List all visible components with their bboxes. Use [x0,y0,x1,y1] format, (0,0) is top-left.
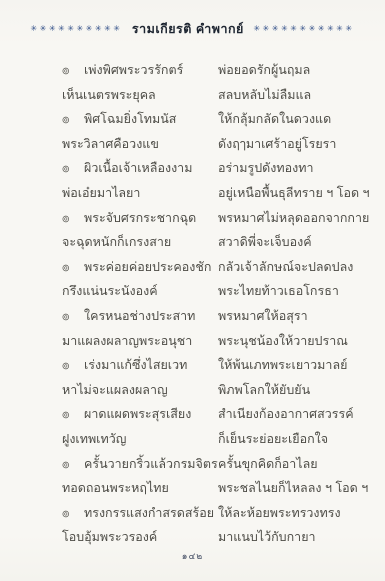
verse-row: พระวิลาศคือวงแขดังฤๅมาเศร้าอยู่โรยรา [62,132,377,157]
stanza-marker: ๏ [62,58,84,83]
ornament-asterisks-left: ✳✳✳✳✳✳✳✳✳✳ [30,24,122,33]
verse-body: ๏เพ่งพิศพระวรรักตร์พ่อยอดรักผู้นฤมล เห็น… [62,58,377,550]
verse-right-hemistich: ให้พ้นเภทพระเยาวมาลย์ [218,353,377,378]
verse-row: โอบอุ้มพระวรองค์มาแนบไว้กับกายา [62,525,377,550]
verse-right-hemistich: พระชลไนยก็ไหลลง ฯ โอด ฯ [218,476,377,501]
verse-left-cell: ๏เร่งมาแก้ซึ่งไสยเวท [62,353,218,378]
verse-left-hemistich: ทอดถอนพระหฤไทย [62,481,169,495]
verse-left-cell: พ่อเอ๋ยมาไลยา [62,181,218,206]
verse-right-hemistich: สลบหลับไม่ลืมแล [218,83,377,108]
stanza-marker: ๏ [62,353,84,378]
verse-left-hemistich: พระจับศรกระชากฉุด [84,211,196,225]
verse-row: ๏ผาดแผดพระสุรเสียงสำเนียงก้องอากาศสวรรค์ [62,402,377,427]
verse-left-cell: ๏พระจับศรกระชากฉุด [62,206,218,231]
verse-left-cell: ๏ครั้นวายกริ้วแล้วกรมจิตร [62,452,218,477]
verse-left-hemistich: เห็นเนตรพระยุคล [62,88,156,102]
verse-right-hemistich: พระนุชน้องให้วายปราณ [218,329,377,354]
verse-left-cell: มาแผลงผลาญพระอนุชา [62,329,218,354]
verse-left-cell: พระวิลาศคือวงแข [62,132,218,157]
verse-row: ๏ใครหนอช่างประสาทพรหมาศให้อสุรา [62,304,377,329]
verse-left-cell: ๏ผาดแผดพระสุรเสียง [62,402,218,427]
verse-left-cell: กรึงแน่นระนังองค์ [62,279,218,304]
verse-row: ๏เพ่งพิศพระวรรักตร์พ่อยอดรักผู้นฤมล [62,58,377,83]
verse-left-cell: ๏เพ่งพิศพระวรรักตร์ [62,58,218,83]
verse-row: เห็นเนตรพระยุคลสลบหลับไม่ลืมแล [62,83,377,108]
verse-left-hemistich: เร่งมาแก้ซึ่งไสยเวท [84,358,187,372]
verse-left-cell: โอบอุ้มพระวรองค์ [62,525,218,550]
stanza-marker: ๏ [62,107,84,132]
verse-row: ๏ผิวเนื้อเจ้าเหลืองงามอร่ามรูปดังทองทา [62,156,377,181]
verse-right-hemistich: อยู่เหนือพื้นธุลีทราย ฯ โอด ฯ [218,181,377,206]
verse-row: ฝูงเทพเทวัญก็เย็นระย่อยะเยือกใจ [62,427,377,452]
verse-row: หาไม่จะแผลงผลาญพิภพโลกให้ยับยัน [62,378,377,403]
verse-left-hemistich: มาแผลงผลาญพระอนุชา [62,334,192,348]
stanza-marker: ๏ [62,452,84,477]
verse-left-hemistich: ใครหนอช่างประสาท [84,309,195,323]
verse-right-hemistich: ครั้นขุกคิดก็อาไลย [218,452,377,477]
verse-right-hemistich: ให้กลุ้มกลัดในดวงแด [218,107,377,132]
verse-right-hemistich: ก็เย็นระย่อยะเยือกใจ [218,427,377,452]
verse-left-hemistich: พ่อเอ๋ยมาไลยา [62,186,140,200]
verse-right-hemistich: อร่ามรูปดังทองทา [218,156,377,181]
page-number: ๑๔๒ [0,549,385,563]
verse-right-hemistich: พรหมาศให้อสุรา [218,304,377,329]
verse-row: มาแผลงผลาญพระอนุชาพระนุชน้องให้วายปราณ [62,329,377,354]
stanza-marker: ๏ [62,255,84,280]
verse-row: ๏ทรงกรรแสงกำสรดสร้อยให้ละห้อยพระทรวงทรง [62,501,377,526]
verse-right-hemistich: พรหมาศไม่หลุดออกจากกาย [218,206,377,231]
verse-row: พ่อเอ๋ยมาไลยาอยู่เหนือพื้นธุลีทราย ฯ โอด… [62,181,377,206]
verse-row: ๏พระค่อยค่อยประคองชักกลัวเจ้าลักษณ์จะปลด… [62,255,377,280]
verse-left-cell: ๏ทรงกรรแสงกำสรดสร้อย [62,501,218,526]
verse-left-hemistich: จะฉุดหนักก็เกรงสาย [62,235,171,249]
verse-left-hemistich: ผิวเนื้อเจ้าเหลืองงาม [84,161,192,175]
verse-left-cell: หาไม่จะแผลงผลาญ [62,378,218,403]
verse-right-hemistich: พระไทยท้าวเธอโกรธา [218,279,377,304]
verse-left-hemistich: ครั้นวายกริ้วแล้วกรมจิตร [84,457,218,471]
verse-left-hemistich: ผาดแผดพระสุรเสียง [84,407,191,421]
verse-right-hemistich: ดังฤๅมาเศร้าอยู่โรยรา [218,132,377,157]
page-header: ✳✳✳✳✳✳✳✳✳✳ รามเกียรติ คำพากย์ ✳✳✳✳✳✳✳✳✳✳… [0,19,385,39]
verse-left-cell: ๏พระค่อยค่อยประคองชัก [62,255,218,280]
stanza-marker: ๏ [62,501,84,526]
verse-left-hemistich: หาไม่จะแผลงผลาญ [62,383,168,397]
document-page: ✳✳✳✳✳✳✳✳✳✳ รามเกียรติ คำพากย์ ✳✳✳✳✳✳✳✳✳✳… [0,0,385,581]
stanza-marker: ๏ [62,304,84,329]
verse-right-hemistich: สวาดิพี่จะเจ็บองค์ [218,230,377,255]
verse-row: ๏เร่งมาแก้ซึ่งไสยเวทให้พ้นเภทพระเยาวมาลย… [62,353,377,378]
verse-left-hemistich: พระวิลาศคือวงแข [62,137,159,151]
verse-left-hemistich: พิศโฉมยิ่งโทมนัส [84,112,176,126]
verse-left-cell: ทอดถอนพระหฤไทย [62,476,218,501]
verse-left-hemistich: ฝูงเทพเทวัญ [62,432,126,446]
verse-right-hemistich: สำเนียงก้องอากาศสวรรค์ [218,402,377,427]
verse-row: ๏ครั้นวายกริ้วแล้วกรมจิตรครั้นขุกคิดก็อา… [62,452,377,477]
verse-left-cell: เห็นเนตรพระยุคล [62,83,218,108]
stanza-marker: ๏ [62,156,84,181]
page-title: รามเกียรติ คำพากย์ [132,22,244,36]
verse-left-cell: จะฉุดหนักก็เกรงสาย [62,230,218,255]
verse-right-hemistich: ให้ละห้อยพระทรวงทรง [218,501,377,526]
verse-row: ๏พระจับศรกระชากฉุดพรหมาศไม่หลุดออกจากกาย [62,206,377,231]
verse-left-cell: ๏ใครหนอช่างประสาท [62,304,218,329]
verse-row: ทอดถอนพระหฤไทยพระชลไนยก็ไหลลง ฯ โอด ฯ [62,476,377,501]
verse-left-hemistich: พระค่อยค่อยประคองชัก [84,260,211,274]
verse-row: ๏พิศโฉมยิ่งโทมนัสให้กลุ้มกลัดในดวงแด [62,107,377,132]
verse-right-hemistich: มาแนบไว้กับกายา [218,525,377,550]
verse-left-hemistich: กรึงแน่นระนังองค์ [62,284,158,298]
verse-row: กรึงแน่นระนังองค์พระไทยท้าวเธอโกรธา [62,279,377,304]
ornament-asterisks-right: ✳✳✳✳✳✳✳✳✳✳✳ [253,24,354,33]
verse-row: จะฉุดหนักก็เกรงสายสวาดิพี่จะเจ็บองค์ [62,230,377,255]
stanza-marker: ๏ [62,402,84,427]
verse-right-hemistich: กลัวเจ้าลักษณ์จะปลดปลง [218,255,377,280]
verse-left-hemistich: โอบอุ้มพระวรองค์ [62,530,157,544]
stanza-marker: ๏ [62,206,84,231]
verse-left-cell: ๏ผิวเนื้อเจ้าเหลืองงาม [62,156,218,181]
verse-left-hemistich: ทรงกรรแสงกำสรดสร้อย [84,506,214,520]
verse-left-cell: ๏พิศโฉมยิ่งโทมนัส [62,107,218,132]
verse-right-hemistich: พิภพโลกให้ยับยัน [218,378,377,403]
verse-right-hemistich: พ่อยอดรักผู้นฤมล [218,58,377,83]
verse-left-hemistich: เพ่งพิศพระวรรักตร์ [84,63,183,77]
verse-left-cell: ฝูงเทพเทวัญ [62,427,218,452]
